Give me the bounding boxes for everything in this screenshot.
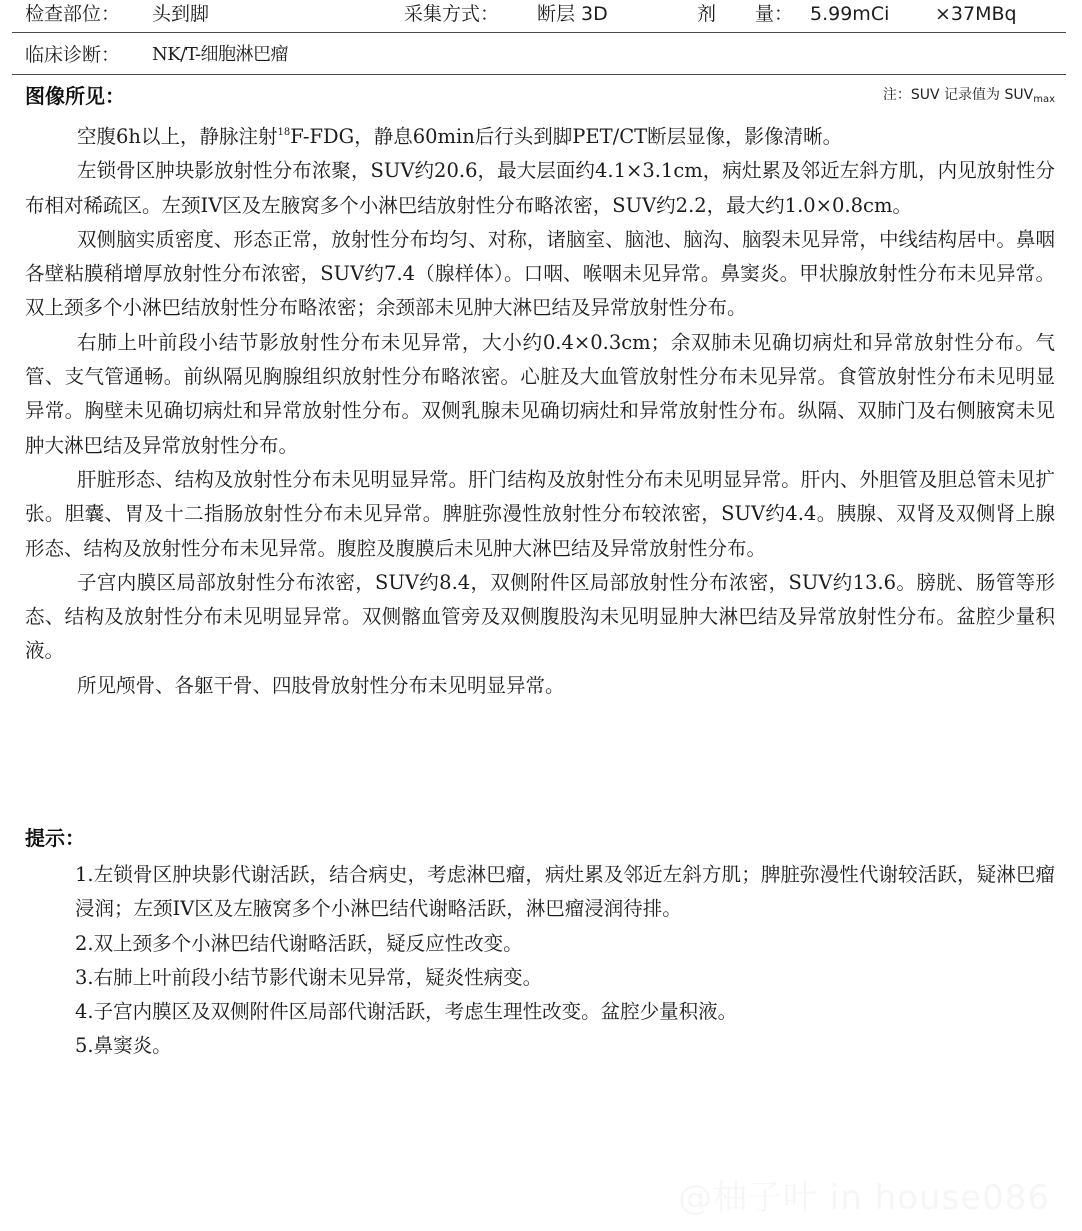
hints-title: 提示：: [25, 824, 85, 852]
dose-conversion: ×37MBq: [935, 1, 1017, 27]
suv-note: 注：SUV 记录值为 SUVmax: [883, 84, 1055, 105]
exam-site-label: 检查部位：: [25, 1, 120, 27]
dose-value: 5.99mCi: [810, 1, 889, 27]
findings-paragraph-bones: 所见颅骨、各躯干骨、四肢骨放射性分布未见明显异常。: [25, 669, 1055, 703]
findings-body: 空腹6h以上，静脉注射18F-FDG，静息60min后行头到脚PET/CT断层显…: [25, 116, 1055, 703]
acquisition-value: 断层 3D: [537, 1, 608, 27]
hint-item-1: 1.左锁骨区肿块影代谢活跃，结合病史，考虑淋巴瘤，病灶累及邻近左斜方肌；脾脏弥漫…: [75, 858, 1055, 927]
hint-item-4: 4.子宫内膜区及双侧附件区局部代谢活跃，考虑生理性改变。盆腔少量积液。: [75, 995, 1055, 1029]
findings-paragraph-clavicle: 左锁骨区肿块影放射性分布浓聚，SUV约20.6，最大层面约4.1×3.1cm，病…: [25, 154, 1055, 223]
clinical-diagnosis-row: 临床诊断： NK/T-细胞淋巴瘤: [0, 38, 1082, 72]
isotope-mass-number: 18: [277, 127, 290, 138]
dose-label-char2: 量：: [755, 1, 793, 27]
hint-item-5: 5.鼻窦炎。: [75, 1029, 1055, 1063]
header-divider-2: [12, 74, 1066, 75]
acquisition-label: 采集方式：: [404, 1, 499, 27]
dose-label-char1: 剂: [697, 1, 716, 27]
diagnosis-value: NK/T-细胞淋巴瘤: [152, 41, 288, 69]
suv-note-text: 注：SUV 记录值为 SUV: [883, 87, 1033, 103]
protocol-text-start: 空腹6h以上，静脉注射: [77, 125, 277, 148]
findings-paragraph-chest: 右肺上叶前段小结节影放射性分布未见异常，大小约0.4×0.3cm；余双肺未见确切…: [25, 326, 1055, 463]
hints-list: 1.左锁骨区肿块影代谢活跃，结合病史，考虑淋巴瘤，病灶累及邻近左斜方肌；脾脏弥漫…: [75, 858, 1055, 1064]
header-divider-1: [12, 32, 1066, 33]
suv-note-subscript: max: [1033, 94, 1055, 105]
watermark: @柚子叶 in house086: [678, 1170, 1050, 1219]
hint-item-2: 2.双上颈多个小淋巴结代谢略活跃，疑反应性改变。: [75, 927, 1055, 961]
exam-info-row: 检查部位： 头到脚 采集方式： 断层 3D 剂 量： 5.99mCi ×37MB…: [0, 0, 1082, 30]
findings-title: 图像所见：: [25, 82, 125, 110]
exam-site-value: 头到脚: [152, 1, 209, 27]
findings-paragraph-head-neck: 双侧脑实质密度、形态正常，放射性分布均匀、对称，诸脑室、脑池、脑沟、脑裂未见异常…: [25, 223, 1055, 326]
diagnosis-label: 临床诊断：: [25, 41, 120, 69]
findings-paragraph-pelvis: 子宫内膜区局部放射性分布浓密，SUV约8.4，双侧附件区局部放射性分布浓密，SU…: [25, 566, 1055, 669]
findings-paragraph-abdomen: 肝脏形态、结构及放射性分布未见明显异常。肝门结构及放射性分布未见明显异常。肝内、…: [25, 463, 1055, 566]
protocol-text-end: F-FDG，静息60min后行头到脚PET/CT断层显像，影像清晰。: [290, 125, 842, 148]
findings-paragraph-scan-protocol: 空腹6h以上，静脉注射18F-FDG，静息60min后行头到脚PET/CT断层显…: [25, 116, 1055, 154]
hint-item-3: 3.右肺上叶前段小结节影代谢未见异常，疑炎性病变。: [75, 961, 1055, 995]
